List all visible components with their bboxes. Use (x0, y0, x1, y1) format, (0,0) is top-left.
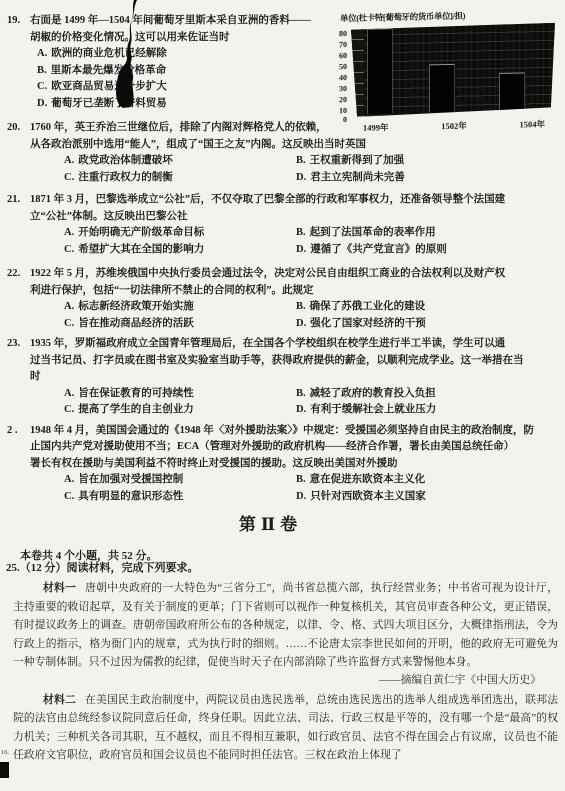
options-row: C.旨在推动商品经济的活跃 D.强化了国家对经济的干预 (30, 316, 565, 333)
material-2-text: 在美国民主政治制度中，两院议员由选民选举，总统由选民选出的选举人组成选举团选出，… (13, 694, 558, 762)
option-a: A.开始明确无产阶级革命目标 (64, 225, 296, 242)
option-label: C. (64, 244, 74, 255)
option-a: A.政党政治体制遭破坏 (64, 153, 296, 170)
option-text: 开始明确无产阶级革命目标 (78, 227, 204, 238)
question-number: 19. (7, 13, 20, 30)
options-row: A.标志新经济政策开始实施 B.确保了苏俄工业化的建设 (30, 299, 565, 316)
option-text: 王权重新得到了加强 (310, 155, 405, 166)
question-stem-line: 1922 年 5 月，苏维埃俄国中央执行委员会通过法令，决定对公民自由组织工商业… (30, 266, 565, 283)
option-d: D.君主立宪制尚未完善 (296, 170, 405, 187)
x-tick-label: 1499年 (363, 121, 389, 134)
bar-1504 (499, 72, 525, 111)
option-b: B.意在促进东欧资本主义化 (296, 472, 425, 489)
option-a: A.旨在加强对受援国控制 (64, 472, 296, 489)
option-label: D. (296, 244, 306, 255)
option-text: 强化了国家对经济的干预 (310, 318, 426, 329)
option-text: 政党政治体制遭破坏 (78, 155, 173, 166)
option-b: B.起到了法国革命的表率作用 (296, 225, 436, 242)
option-d: D.遵循了《共产党宣言》的原则 (296, 242, 447, 259)
option-label: D. (37, 98, 47, 109)
option-a: A.标志新经济政策开始实施 (64, 299, 296, 316)
y-tick-label: 80 (330, 30, 347, 38)
option-label: C. (64, 404, 74, 415)
option-label: B. (37, 65, 47, 76)
option-text: 里斯本最先爆发价格革命 (51, 65, 167, 76)
option-c: C.提高了学生的自主创业力 (64, 402, 296, 419)
material-2: 材料二在美国民主政治制度中，两院议员由选民选举，总统由选民选出的选举人组成选举团… (13, 691, 558, 765)
option-text: 有利于缓解社会上就业压力 (310, 404, 436, 415)
option-text: 遵循了《共产党宣言》的原则 (310, 244, 447, 255)
option-text: 提高了学生的自主创业力 (78, 404, 194, 415)
scanned-exam-page: { "page": { "part2_header": "第Ⅱ卷", "part… (0, 0, 565, 791)
options-row: C.具有明显的意识形态性 D.只针对西欧资本主义国家 (30, 489, 565, 506)
question-stem-line: 过当书记员、打字员或在图书室及实验室当助手等，获得政府提供的薪金，以顺利完成学业… (30, 353, 565, 370)
question-22: 22. 1922 年 5 月，苏维埃俄国中央执行委员会通过法令，决定对公民自由组… (0, 266, 565, 332)
question-stem-line: 利进行保护，包括“一切法律所不禁止的合同的权利”。此规定 (30, 283, 565, 300)
option-c: C.希望扩大其在全国的影响力 (64, 242, 296, 259)
option-label: B. (296, 301, 306, 312)
options-row: C.希望扩大其在全国的影响力 D.遵循了《共产党宣言》的原则 (30, 242, 565, 259)
y-tick-label: 0 (330, 116, 347, 124)
question-23: 23. 1935 年，罗斯福政府成立全国青年管理局后，在全国各个学校组织在校学生… (0, 336, 565, 419)
option-d: D.强化了国家对经济的干预 (296, 316, 426, 333)
option-label: A. (37, 48, 47, 59)
chart-plot-area: 80 70 60 50 40 30 20 10 0 (330, 22, 564, 123)
question-stem-line: 胡椒的价格变化情况。这可以用来佐证当时 (30, 30, 362, 47)
material-1-label: 材料一 (43, 582, 76, 594)
option-label: A. (64, 301, 74, 312)
material-2-label: 材料二 (43, 694, 76, 706)
option-label: C. (64, 318, 74, 329)
chart-panel (351, 23, 555, 117)
option-text: 减轻了政府的教育投入负担 (310, 388, 436, 399)
options-row: A.旨在加强对受援国控制 B.意在促进东欧资本主义化 (30, 472, 565, 489)
option-text: 意在促进东欧资本主义化 (310, 474, 426, 485)
bar-1499 (367, 28, 393, 114)
ink-smear-artifact (110, 0, 144, 126)
x-tick-label: 1504年 (519, 118, 545, 131)
option-b: B.王权重新得到了加强 (296, 153, 404, 170)
option-text: 葡萄牙已垄断了香料贸易 (51, 98, 167, 109)
options-row: C.提高了学生的自主创业力 D.有利于缓解社会上就业压力 (30, 402, 565, 419)
material-1-source: ——摘编自黄仁宇《中国大历史》 (0, 672, 541, 689)
x-tick-label: 1502年 (441, 120, 467, 133)
question-stem-line: 从各政治派别中选用“能人”，组成了“国王之友”内阁。这反映出当时英国 (30, 137, 565, 154)
question-stem-line: 1935 年，罗斯福政府成立全国青年管理局后，在全国各个学校组织在校学生进行半工… (30, 336, 565, 353)
option-label: B. (296, 227, 306, 238)
question-24: 2 . 1948 年 4 月，美国国会通过的《1948 年〈对外援助法案〉》中规… (0, 423, 565, 506)
question-stem-line: 右面是 1499 年—1504 年间葡萄牙里斯本采自亚洲的香料—— (30, 13, 362, 30)
y-tick-label: 60 (330, 52, 347, 60)
option-text: 只针对西欧资本主义国家 (310, 491, 426, 502)
pepper-price-bar-chart: 单位(杜卡特[葡萄牙的货币单位]/担) 80 70 60 50 40 30 20… (330, 8, 564, 135)
question-number: 22. (7, 266, 20, 283)
option-text: 起到了法国革命的表率作用 (310, 227, 436, 238)
option-text: 旨在保证教育的可持续性 (78, 388, 194, 399)
question-stem-line: 止国内共产党对援助使用不当；ECA（管理对外援助的政府机构——经济合作署，署长由… (30, 439, 565, 456)
options-row: C.注重行政权力的制衡 D.君主立宪制尚未完善 (30, 170, 565, 187)
option-b: B.确保了苏俄工业化的建设 (296, 299, 425, 316)
question-stem-line: 署长有权在援助与美国利益不符时终止对受援国的援助。这反映出美国对外援助 (30, 456, 565, 473)
option-label: C. (64, 491, 74, 502)
bar-1502 (429, 64, 455, 113)
y-tick-label: 70 (330, 41, 347, 49)
option-text: 欧洲的商业危机已经解除 (51, 48, 167, 59)
question-stem-line: 时 (30, 369, 565, 386)
option-c: C.旨在推动商品经济的活跃 (64, 316, 296, 333)
option-label: C. (64, 172, 74, 183)
question-number: 20. (7, 120, 20, 137)
option-label: D. (296, 491, 306, 502)
option-label: B. (296, 474, 306, 485)
y-tick-label: 20 (330, 96, 347, 104)
material-1: 材料一唐朝中央政府的一大特色为“三省分工”，尚书省总揽六部，执行经营业务；中书省… (13, 579, 558, 672)
option-label: B. (296, 155, 306, 166)
option-text: 确保了苏俄工业化的建设 (310, 301, 426, 312)
option-c: C.注重行政权力的制衡 (64, 170, 296, 187)
option-text: 旨在推动商品经济的活跃 (78, 318, 194, 329)
option-text: 君主立宪制尚未完善 (310, 172, 405, 183)
question-25-header: 25.（12 分）阅读材料，完成下列要求。 (6, 560, 565, 577)
question-number: 23. (7, 336, 20, 353)
option-c: C.具有明显的意识形态性 (64, 489, 296, 506)
y-tick-label: 40 (330, 74, 347, 82)
option-text: 欧亚商品贸易进一步扩大 (51, 81, 167, 92)
option-text: 希望扩大其在全国的影响力 (78, 244, 204, 255)
option-text: 旨在加强对受援国控制 (78, 474, 183, 485)
y-tick-label: 30 (330, 85, 347, 93)
question-stem-line: 立“公社”体制。这反映出巴黎公社 (30, 209, 565, 226)
question-stem-line: 1948 年 4 月，美国国会通过的《1948 年〈对外援助法案〉》中规定：受援… (30, 423, 565, 440)
question-stem-line: 1871 年 3 月，巴黎选举成立“公社”后，不仅夺取了巴黎全部的行政和军事权力… (30, 192, 565, 209)
option-label: D. (296, 318, 306, 329)
question-number: 2 . (7, 423, 18, 440)
option-label: D. (296, 172, 306, 183)
option-label: A. (64, 227, 74, 238)
option-label: A. (64, 474, 74, 485)
option-label: A. (64, 388, 74, 399)
part2-header: 第Ⅱ卷 (0, 510, 553, 535)
option-a: A.旨在保证教育的可持续性 (64, 386, 296, 403)
options-row: A.开始明确无产阶级革命目标 B.起到了法国革命的表率作用 (30, 225, 565, 242)
question-number: 21. (7, 192, 20, 209)
material-1-text: 唐朝中央政府的一大特色为“三省分工”，尚书省总揽六部，执行经营业务；中书省可视为… (13, 582, 558, 668)
option-d: D.只针对西欧资本主义国家 (296, 489, 426, 506)
option-text: 标志新经济政策开始实施 (78, 301, 194, 312)
option-b: B.减轻了政府的教育投入负担 (296, 386, 436, 403)
option-label: C. (37, 81, 47, 92)
option-d: D.有利于缓解社会上就业压力 (296, 402, 436, 419)
y-tick-label: 50 (330, 63, 347, 71)
chart-axis-wall (351, 27, 364, 117)
option-label: A. (64, 155, 74, 166)
option-text: 具有明显的意识形态性 (78, 491, 183, 502)
option-label: B. (296, 388, 306, 399)
question-21: 21. 1871 年 3 月，巴黎选举成立“公社”后，不仅夺取了巴黎全部的行政和… (0, 192, 565, 258)
option-text: 注重行政权力的制衡 (78, 172, 173, 183)
option-label: D. (296, 404, 306, 415)
options-row: A.旨在保证教育的可持续性 B.减轻了政府的教育投入负担 (30, 386, 565, 403)
question-25: 25.（12 分）阅读材料，完成下列要求。 材料一唐朝中央政府的一大特色为“三省… (0, 560, 565, 765)
options-row: A.政党政治体制遭破坏 B.王权重新得到了加强 (30, 153, 565, 170)
